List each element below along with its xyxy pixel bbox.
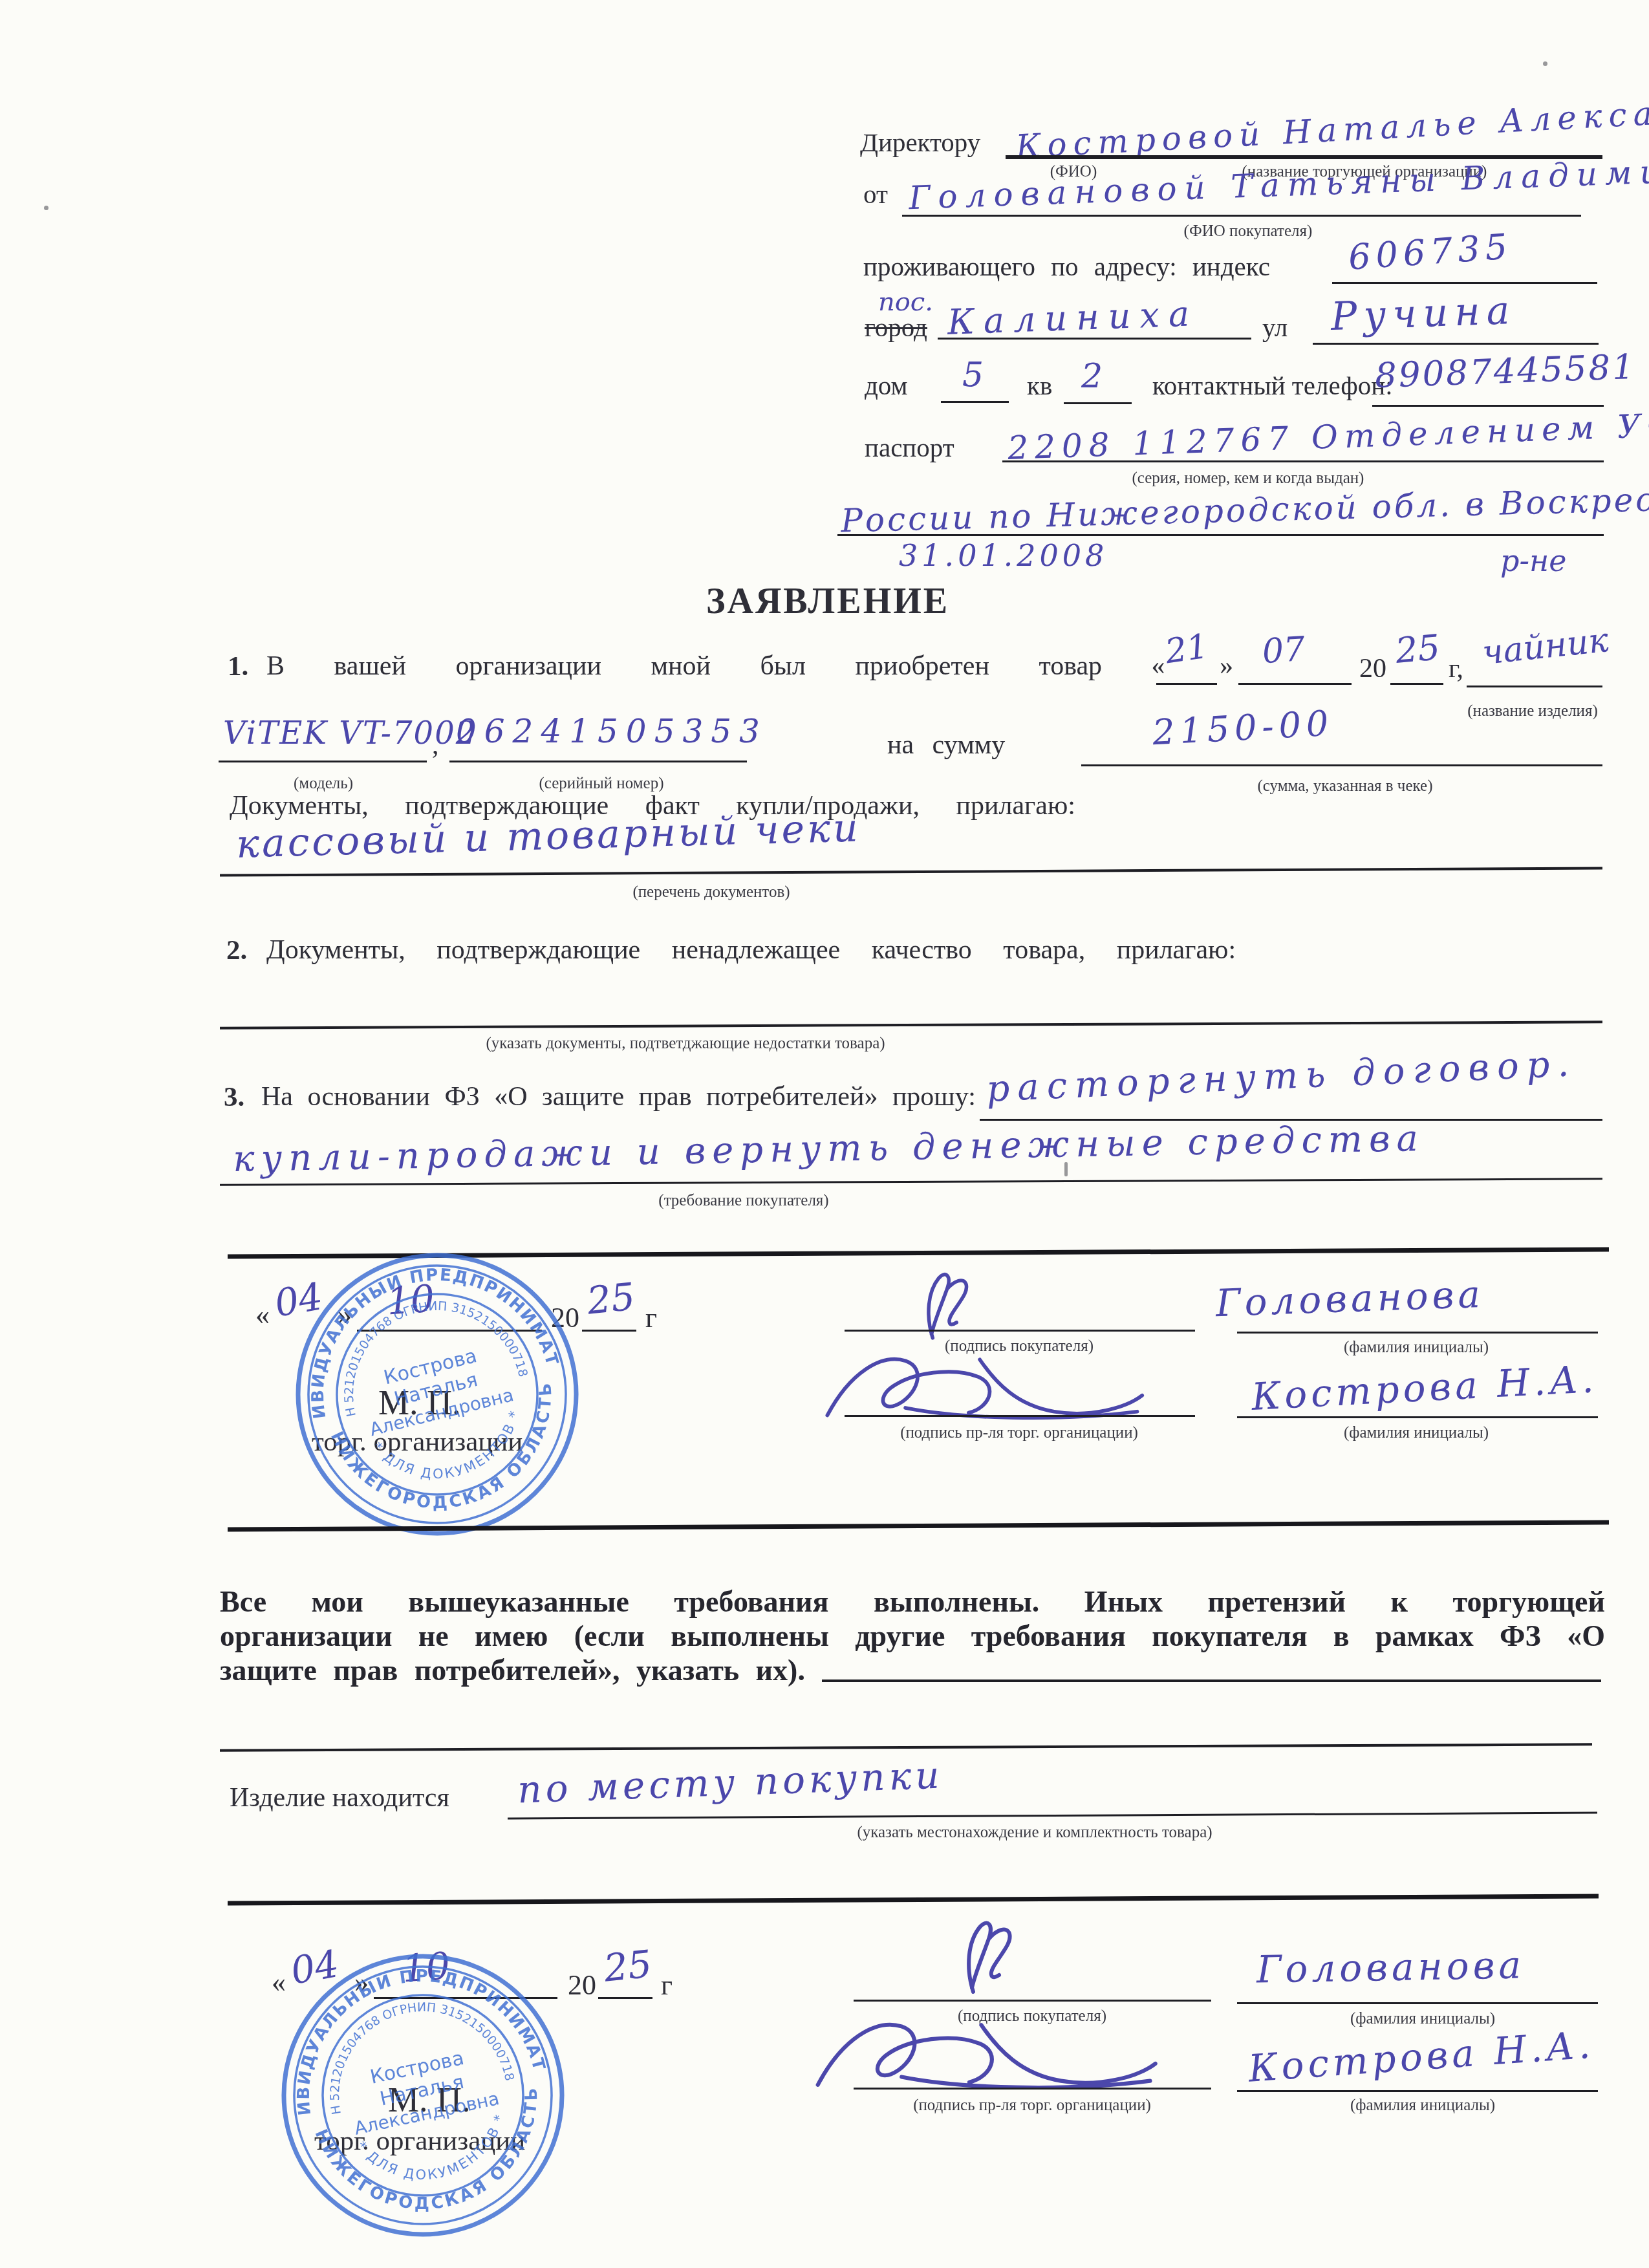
item1-quote-close: » [1220, 651, 1233, 682]
sum-underline [1081, 764, 1602, 766]
docs-underline [220, 867, 1602, 876]
demand-line1-handwritten: расторгнуть договор. [986, 1042, 1577, 1110]
phone-underline [1372, 405, 1604, 407]
caption-fam-1a: (фамилия инициалы) [1280, 1339, 1552, 1357]
caption-item3: (требование покупателя) [563, 1192, 925, 1210]
item2-underline [220, 1021, 1602, 1029]
buyer-signature-2 [934, 1916, 1051, 2000]
seller-surname-underline-2 [1237, 2090, 1598, 2092]
scanned-claim-form: Директору Костровой Наталье Александр. (… [0, 0, 1649, 2268]
scan-speck [1064, 1162, 1068, 1176]
caption-passport: (серия, номер, кем и когда выдан) [1067, 470, 1429, 488]
passport-underline [1002, 460, 1604, 462]
caption-fam-2b: (фамилия инициалы) [1287, 2097, 1558, 2115]
caption-seller-sign-2: (подпись пр-ля торг. органицации) [851, 2097, 1213, 2115]
passport-issue-date-handwritten: 31.01.2008 [899, 538, 1108, 573]
caption-product: (название изделия) [1429, 702, 1636, 720]
sig1-year-suffix: г [645, 1301, 657, 1334]
closing-paragraph: Все мои вышеуказанные требования выполне… [220, 1584, 1605, 1687]
round-stamp-top: ИНДИВИДУАЛЬНЫЙ ПРЕДПРИНИМАТЕЛЬ * НИЖЕГОР… [294, 1251, 581, 1538]
to-label: Директору [860, 127, 980, 158]
passport-district-handwritten: р-не [1500, 543, 1567, 578]
street-value-handwritten: Ручина [1330, 288, 1517, 340]
scan-speck [1543, 61, 1547, 66]
buyer-surname-underline-1 [1237, 1332, 1598, 1334]
sig2-year-prefix: 20 [568, 1969, 596, 2002]
flat-label: кв [1027, 370, 1052, 401]
buyer-surname-handwritten-1: Голованова [1215, 1272, 1485, 1325]
location-value-handwritten: по месту покупки [517, 1753, 944, 1812]
purchase-month-handwritten: 07 [1261, 630, 1306, 671]
seller-surname-underline-1 [1237, 1416, 1598, 1418]
demand-line2-handwritten: купли-продажи и вернуть денежные средств… [233, 1118, 1425, 1180]
sig2-year-underline [598, 1997, 652, 1999]
demand-line2-underline [220, 1178, 1602, 1185]
location-underline [508, 1812, 1597, 1820]
to-value-handwritten: Костровой Наталье Александр. [1015, 89, 1649, 166]
seller-surname-handwritten-2: Кострова Н.А. [1247, 2022, 1595, 2090]
caption-docs: (перечень документов) [550, 883, 873, 902]
day-underline [1156, 683, 1217, 685]
page-title: ЗАЯВЛЕНИЕ [653, 581, 1002, 622]
seller-sign-underline-2 [854, 2088, 1211, 2090]
address-label: проживающего по адресу: индекс [863, 251, 1270, 282]
scan-speck [44, 206, 48, 210]
phone-value-handwritten: 89087445581 [1374, 347, 1637, 396]
sig1-quote-open: « [255, 1299, 270, 1332]
seller-surname-handwritten-1: Кострова Н.А. [1251, 1357, 1599, 1419]
city-value-handwritten: Калиниха [947, 293, 1199, 343]
item3-text: На основании ФЗ «О защите прав потребите… [261, 1081, 976, 1112]
caption-sum: (сумма, указанная в чеке) [1190, 777, 1500, 795]
closing-blank-underline [822, 1653, 1601, 1682]
sig1-year-underline [582, 1330, 636, 1332]
index-underline [1332, 282, 1597, 284]
item2-text: Документы, подтверждающие ненадлежащее к… [266, 934, 1236, 966]
item2-number: 2. [226, 934, 247, 966]
buyer-sign-underline-1 [845, 1330, 1195, 1332]
sig2-year-suffix: г [661, 1969, 673, 2002]
street-underline [1313, 343, 1599, 345]
seller-sign-underline-1 [845, 1415, 1195, 1417]
sig1-year-handwritten: 25 [585, 1274, 638, 1323]
item1-number: 1. [228, 651, 248, 682]
item1-comma: , [432, 729, 439, 761]
buyer-surname-handwritten-2: Голованова [1256, 1943, 1525, 1991]
sig2-year-handwritten: 25 [602, 1941, 654, 1990]
item1-text: В вашей организации мной был приобретен … [266, 651, 1165, 682]
from-label: от [863, 178, 888, 210]
item1-year-suffix: г, [1449, 653, 1463, 684]
caption-fam-1b: (фамилия инициалы) [1280, 1424, 1552, 1442]
buyer-signature [892, 1268, 1009, 1345]
location-label: Изделие находится [230, 1782, 449, 1813]
caption-item2: (указать документы, подтветджающие недос… [414, 1035, 957, 1053]
closing-line-3: защите прав потребителей», указать их). [220, 1653, 805, 1687]
year-underline [1390, 683, 1443, 685]
city-label-struck: город [865, 312, 927, 343]
from-underline [902, 215, 1581, 217]
product-name-handwritten: чайник [1480, 621, 1610, 673]
buyer-surname-underline-2 [1237, 2002, 1598, 2004]
street-label: ул [1262, 312, 1288, 343]
buyer-sign-underline-2 [854, 2000, 1211, 2002]
item3-number: 3. [224, 1081, 244, 1113]
passport-value-handwritten: 2208 112767 Отделением УФМС [1007, 404, 1649, 467]
sum-value-handwritten: 2150-00 [1152, 703, 1335, 753]
caption-seller-sign-1: (подпись пр-ля торг. органицации) [845, 1424, 1194, 1442]
house-value-handwritten: 5 [962, 356, 984, 394]
caption-fam-2a: (фамилия инициалы) [1287, 2010, 1558, 2028]
seller-signature-2 [802, 2013, 1164, 2093]
house-label: дом [865, 370, 908, 401]
closing-line-1: Все мои вышеуказанные требования выполне… [220, 1584, 1605, 1619]
purchase-year-handwritten: 25 [1394, 627, 1441, 671]
serial-underline [449, 761, 747, 762]
serial-handwritten: 06241505353 [456, 713, 768, 750]
passport-issuer-underline [837, 534, 1604, 536]
closing-line-2: организации не имею (если выполнены друг… [220, 1619, 1605, 1653]
item1-year-prefix: 20 [1359, 653, 1386, 684]
separator-line-bottom [228, 1894, 1599, 1905]
flat-underline [1064, 402, 1132, 404]
caption-location: (указать местонахождение и комплектность… [847, 1824, 1222, 1842]
model-underline [219, 761, 427, 762]
flat-value-handwritten: 2 [1081, 357, 1103, 396]
blank-line-full [220, 1743, 1592, 1751]
phone-label: контактный телефон: [1152, 370, 1393, 401]
seller-signature [805, 1348, 1158, 1423]
house-underline [941, 401, 1009, 403]
purchase-day-handwritten: 21 [1163, 627, 1211, 672]
passport-label: паспорт [865, 432, 954, 463]
month-underline [1238, 683, 1352, 685]
city-underline [938, 338, 1251, 340]
sum-label: на сумму [887, 729, 1005, 761]
round-stamp-bottom: ИНДИВИДУАЛЬНЫЙ ПРЕДПРИНИМАТЕЛЬ * НИЖЕГОР… [279, 1952, 566, 2239]
product-underline [1467, 686, 1602, 687]
